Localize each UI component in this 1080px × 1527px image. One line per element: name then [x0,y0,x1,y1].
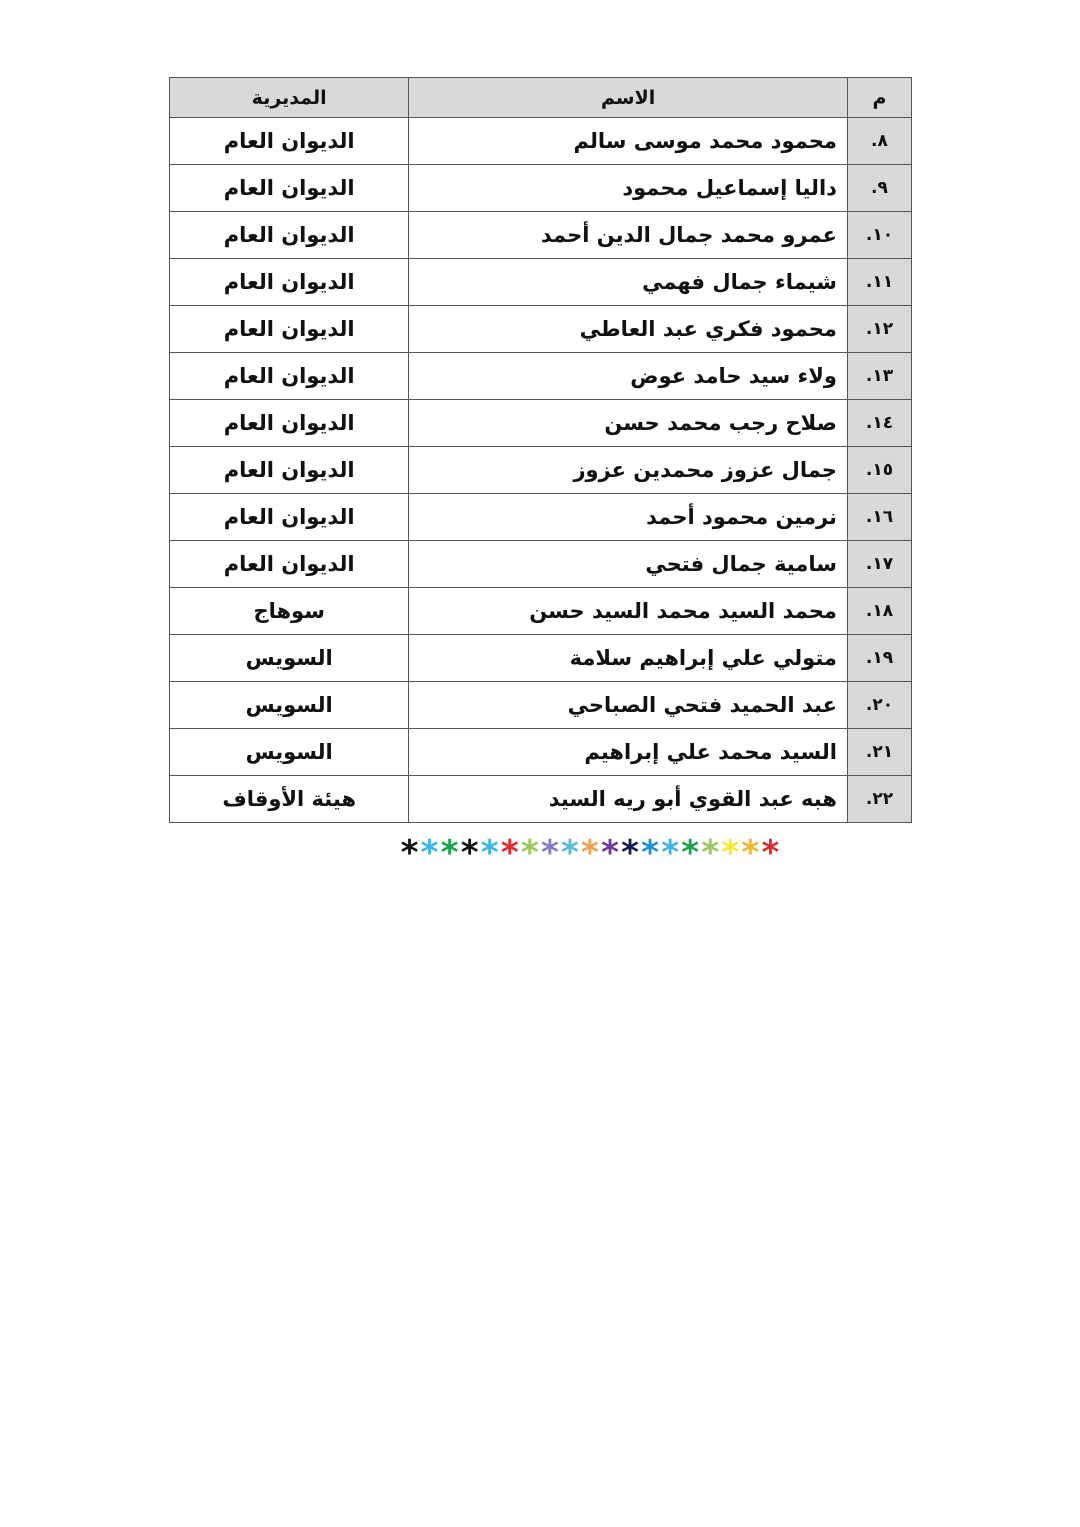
asterisk-icon: * [661,838,680,868]
asterisk-icon: * [621,838,640,868]
asterisk-icon: * [681,838,700,868]
row-number: ١٢. [847,306,911,353]
header-name: الاسم [409,78,848,118]
employee-name: سامية جمال فتحي [409,541,848,588]
asterisk-icon: * [580,838,599,868]
directorate-name: الديوان العام [170,165,409,212]
row-number: ٢١. [847,729,911,776]
row-number: ١١. [847,259,911,306]
employee-name: ولاء سيد حامد عوض [409,353,848,400]
row-number: ١٧. [847,541,911,588]
row-number: ١٤. [847,400,911,447]
employee-name: محمد السيد محمد السيد حسن [409,588,848,635]
row-number: ١٦. [847,494,911,541]
row-number: ١٣. [847,353,911,400]
table-row: ٩.داليا إسماعيل محمودالديوان العام [170,165,912,212]
row-number: ١٠. [847,212,911,259]
table-row: ١٩.متولي علي إبراهيم سلامةالسويس [170,635,912,682]
directorate-name: السويس [170,635,409,682]
employee-name: السيد محمد علي إبراهيم [409,729,848,776]
star-divider: ******************* [400,838,780,868]
directorate-name: السويس [170,729,409,776]
table-row: ٢٢.هبه عبد القوي أبو ريه السيدهيئة الأوق… [170,776,912,823]
directorate-name: الديوان العام [170,494,409,541]
directorate-name: الديوان العام [170,306,409,353]
employee-name: محمود محمد موسى سالم [409,118,848,165]
asterisk-icon: * [701,838,720,868]
employee-name: متولي علي إبراهيم سلامة [409,635,848,682]
asterisk-icon: * [600,838,619,868]
table-row: ٢١.السيد محمد علي إبراهيمالسويس [170,729,912,776]
employee-name: داليا إسماعيل محمود [409,165,848,212]
asterisk-icon: * [641,838,660,868]
table-row: ١٠.عمرو محمد جمال الدين أحمدالديوان العا… [170,212,912,259]
table-row: ١٣.ولاء سيد حامد عوضالديوان العام [170,353,912,400]
row-number: ١٥. [847,447,911,494]
row-number: ٢٠. [847,682,911,729]
directorate-name: سوهاج [170,588,409,635]
row-number: ٢٢. [847,776,911,823]
asterisk-icon: * [480,838,499,868]
employee-name: جمال عزوز محمدين عزوز [409,447,848,494]
directorate-name: الديوان العام [170,259,409,306]
asterisk-icon: * [400,838,419,868]
directorate-name: السويس [170,682,409,729]
asterisk-icon: * [440,838,459,868]
employee-name: محمود فكري عبد العاطي [409,306,848,353]
employee-name: هبه عبد القوي أبو ريه السيد [409,776,848,823]
directorate-name: الديوان العام [170,541,409,588]
table-row: ١٤.صلاح رجب محمد حسنالديوان العام [170,400,912,447]
employees-table: م الاسم المديرية ٨.محمود محمد موسى سالما… [169,77,912,823]
table-row: ١١.شيماء جمال فهميالديوان العام [170,259,912,306]
asterisk-icon: * [721,838,740,868]
directorate-name: الديوان العام [170,400,409,447]
table-row: ٨.محمود محمد موسى سالمالديوان العام [170,118,912,165]
asterisk-icon: * [500,838,519,868]
asterisk-icon: * [540,838,559,868]
asterisk-icon: * [761,838,780,868]
table-row: ١٦.نرمين محمود أحمدالديوان العام [170,494,912,541]
employee-name: نرمين محمود أحمد [409,494,848,541]
asterisk-icon: * [560,838,579,868]
table-row: ١٧.سامية جمال فتحيالديوان العام [170,541,912,588]
directorate-name: الديوان العام [170,353,409,400]
table-row: ٢٠.عبد الحميد فتحي الصباحيالسويس [170,682,912,729]
asterisk-icon: * [520,838,539,868]
table-row: ١٥.جمال عزوز محمدين عزوزالديوان العام [170,447,912,494]
directorate-name: هيئة الأوقاف [170,776,409,823]
row-number: ٨. [847,118,911,165]
asterisk-icon: * [741,838,760,868]
directorate-name: الديوان العام [170,212,409,259]
header-directorate: المديرية [170,78,409,118]
employee-name: صلاح رجب محمد حسن [409,400,848,447]
directorate-name: الديوان العام [170,118,409,165]
row-number: ١٨. [847,588,911,635]
table-row: ١٨.محمد السيد محمد السيد حسنسوهاج [170,588,912,635]
employee-name: عبد الحميد فتحي الصباحي [409,682,848,729]
employee-name: عمرو محمد جمال الدين أحمد [409,212,848,259]
table-header-row: م الاسم المديرية [170,78,912,118]
table-row: ١٢.محمود فكري عبد العاطيالديوان العام [170,306,912,353]
asterisk-icon: * [420,838,439,868]
asterisk-icon: * [460,838,479,868]
row-number: ٩. [847,165,911,212]
row-number: ١٩. [847,635,911,682]
directorate-name: الديوان العام [170,447,409,494]
header-num: م [847,78,911,118]
employee-name: شيماء جمال فهمي [409,259,848,306]
